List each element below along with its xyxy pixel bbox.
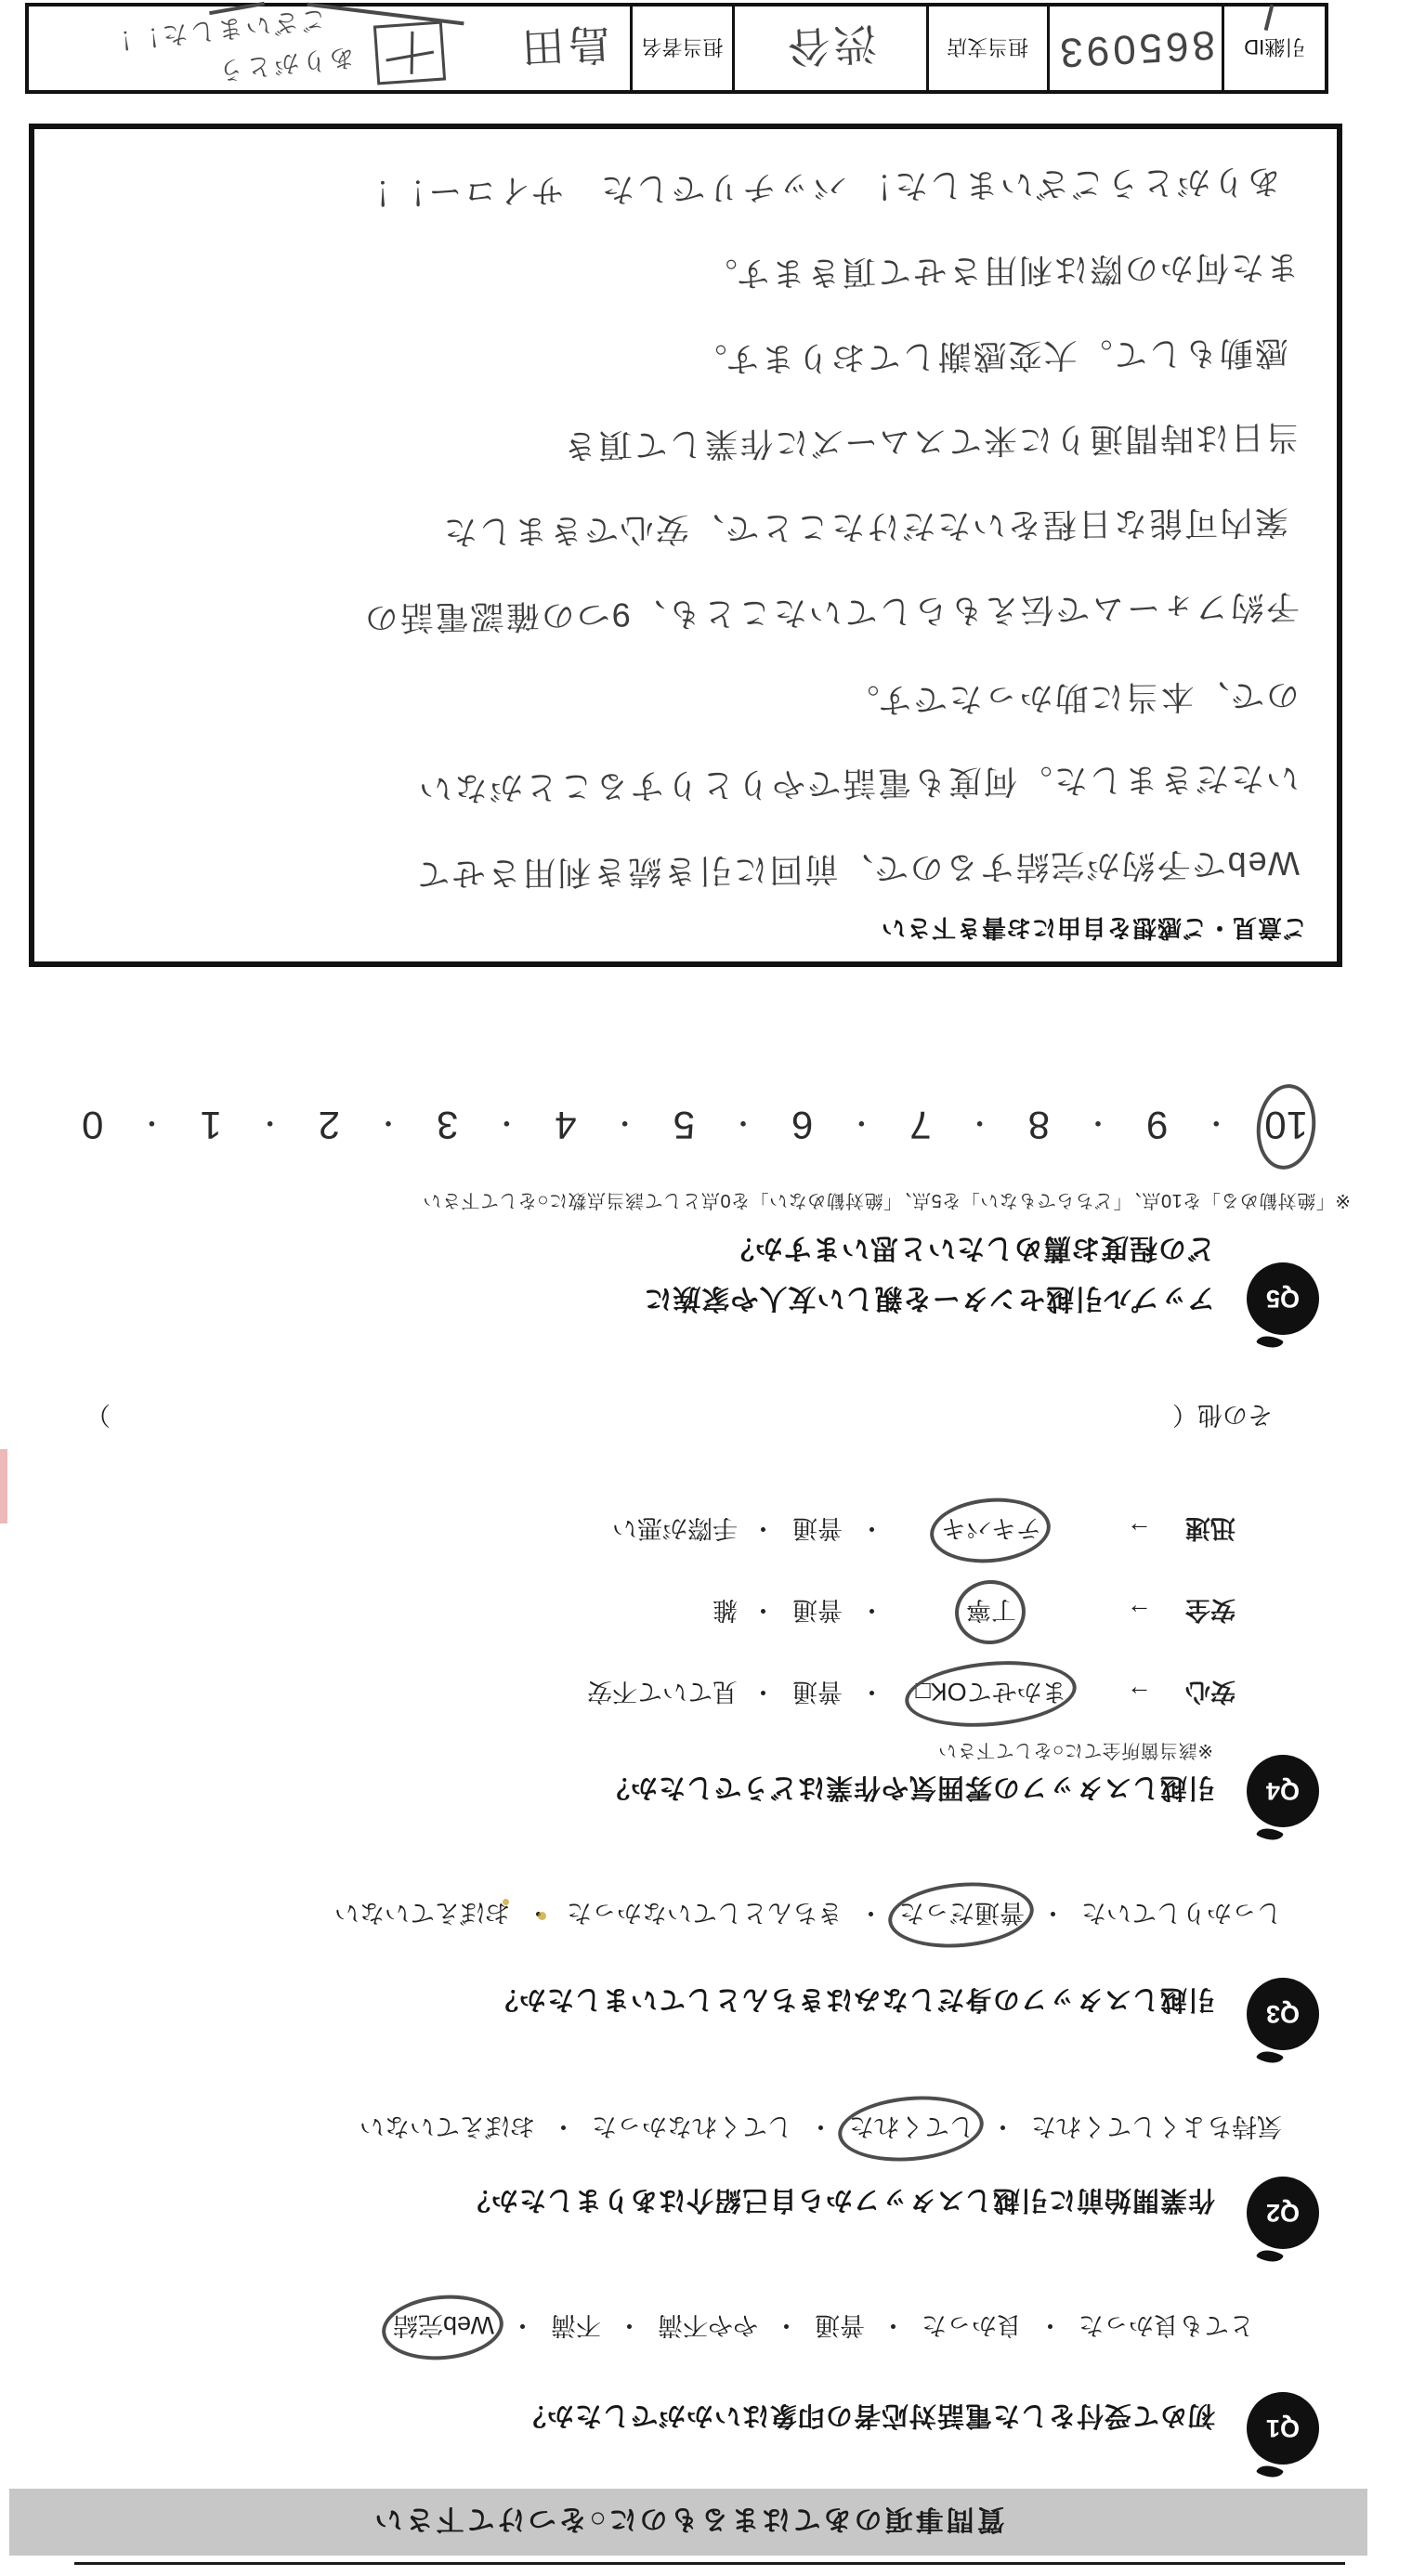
scanned-questionnaire-page: 質問事項のあてはまるものに○をつけて下さい Q1 初めて受付をした電話対応者の印… (0, 0, 1412, 2576)
option-separator: ・ (1038, 2309, 1063, 2346)
q3-badge-label: Q3 (1266, 2000, 1300, 2029)
staff-name-handwritten: 島田 (516, 15, 612, 81)
q4-row-jinsoku: 迅速 → テキパキ ・ 普通 ・ 手際が悪い (459, 1512, 1235, 1549)
q2-options: 気持ちよくしてくれた・ してくれた・ してくれなかった・ おぼえていない (360, 2111, 1282, 2147)
nps-value: 7 (909, 1103, 931, 1147)
nps-selected-10-circle: 10 (1264, 1103, 1308, 1147)
staff-name-label-cell: 担当者名 (633, 7, 736, 90)
nps-value: 0 (82, 1103, 103, 1147)
q3-options: しっかりしていた・ 普通だった・ きちんとしていなかった・ おぼえていない (334, 1897, 1282, 1933)
scale-separator: ・ (1084, 1105, 1112, 1145)
nps-value: 3 (437, 1103, 458, 1147)
q4-row-label: 安全 (1152, 1594, 1235, 1630)
q3-option: きちんとしていなかった (567, 1897, 843, 1933)
q4-row3-selected-circle: テキパキ (941, 1512, 1041, 1549)
scale-separator: ・ (1202, 1105, 1230, 1145)
scan-speck (538, 1912, 546, 1920)
q2-selected-option-circle: してくれた (849, 2111, 974, 2147)
q3-selected-option-circle: 普通だった (899, 1897, 1025, 1933)
q4-title: 引越しスタッフの雰囲気や作業はどうでしたか？ (602, 1771, 1215, 1809)
q1-option: やや不満 (658, 2309, 758, 2346)
q2-apple-badge: Q2 (1247, 2177, 1319, 2249)
handover-id-label-cell: 引継ID (1224, 7, 1325, 90)
option-separator: ・ (808, 2111, 833, 2147)
q5-title-line2: どの程度お薦めしたいと思いますか？ (726, 1231, 1215, 1272)
q1-option: 普通 (815, 2309, 865, 2346)
q4-other-open: その他（ (1172, 1399, 1273, 1435)
nps-value: 8 (1028, 1103, 1050, 1147)
arrow-icon: → (1098, 1680, 1152, 1708)
q5-apple-badge: Q5 (1247, 1262, 1319, 1335)
q4-other-row: その他（ ） (85, 1399, 1273, 1435)
q4-row1-option: 普通 (776, 1676, 859, 1712)
q4-row1-selected-circle: まかせてOK□ (915, 1676, 1066, 1712)
option-separator: ・ (751, 1512, 776, 1549)
scale-separator: ・ (374, 1105, 402, 1145)
q2-option: 気持ちよくしてくれた (1031, 2111, 1282, 2147)
option-separator: ・ (1040, 1897, 1066, 1933)
handover-id-handwritten: 865093 (1055, 21, 1216, 76)
option-separator: ・ (881, 2309, 906, 2346)
nps-value: 4 (555, 1103, 576, 1147)
scale-separator: ・ (729, 1105, 757, 1145)
option-separator: ・ (859, 1594, 884, 1630)
handwritten-comment-line: 予約フォームで伝えもらしていたことも、9つの確認電話の (362, 585, 1300, 644)
q4-row2-option: 普通 (776, 1594, 859, 1630)
branch-label: 担当支店 (947, 34, 1028, 63)
option-separator: ・ (510, 2309, 535, 2346)
option-separator: ・ (751, 1594, 776, 1630)
option-separator: ・ (859, 1676, 884, 1712)
arrow-icon: → (1098, 1598, 1152, 1627)
q4-row2-option: 雑 (459, 1594, 751, 1630)
q3-option: おぼえていない (334, 1897, 510, 1933)
handover-id-value-cell: 865093 (1050, 7, 1225, 90)
scale-separator: ・ (611, 1105, 639, 1145)
handwritten-comment-line: ありがとうございました！ バッチリでした サイコー！！ (356, 160, 1282, 218)
nps-value: 6 (791, 1103, 813, 1147)
q4-other-close: ） (85, 1399, 111, 1435)
q1-option: とても良かった (1079, 2309, 1254, 2346)
q1-option: 不満 (551, 2309, 601, 2346)
instruction-bar-text: 質問事項のあてはまるものに○をつけて下さい (372, 2502, 1004, 2543)
option-separator: ・ (774, 2309, 799, 2346)
staff-name-label: 担当者名 (641, 34, 723, 63)
handwritten-comment-line: 案内可能な日程をいただけたことで、安心できました (441, 500, 1288, 557)
q4-row3-option: 手際が悪い (459, 1512, 751, 1549)
q1-selected-option-circle: Web完結 (393, 2309, 494, 2346)
q3-option: しっかりしていた (1081, 1897, 1282, 1933)
q4-row1-option: 見ていて不安 (459, 1676, 751, 1712)
scan-edge-line (74, 2562, 1345, 2565)
nps-value: 2 (319, 1103, 340, 1147)
handwritten-comment-line: また何かの際は利用させて頂きます。 (702, 245, 1301, 300)
nps-value: 1 (200, 1103, 221, 1147)
q5-title-line1: アップル引越センターを親しい友人や家族に (644, 1281, 1216, 1322)
option-separator: ・ (990, 2111, 1015, 2147)
nps-value: 5 (673, 1103, 695, 1147)
comment-prompt: ご意見・ご感想を自由にお書き下さい (881, 912, 1307, 947)
q1-options: とても良かった・ 良かった・ 普通・ やや不満・ 不満・ Web完結 (393, 2309, 1254, 2346)
branch-value-cell: 渋谷 (735, 7, 928, 90)
handover-id-label: 引継ID (1244, 34, 1305, 63)
comment-box: ご意見・ご感想を自由にお書き下さい Webで予約が完結するので、前回に引き続き利… (29, 124, 1342, 967)
q2-option: おぼえていない (360, 2111, 535, 2147)
nps-value: 9 (1146, 1103, 1168, 1147)
arrow-icon: → (1098, 1516, 1152, 1545)
hanko-seal (373, 20, 446, 85)
scale-separator: ・ (847, 1105, 875, 1145)
scale-separator: ・ (137, 1105, 165, 1145)
nps-scale: 10・ 9・ 8・ 7・ 6・ 5・ 4・ 3・ 2・ 1・ 0 (82, 1103, 1308, 1147)
q1-badge-label: Q1 (1266, 2414, 1300, 2443)
option-separator: ・ (617, 2309, 642, 2346)
scale-separator: ・ (966, 1105, 994, 1145)
q5-badge-label: Q5 (1266, 1285, 1300, 1314)
q4-row3-option: 普通 (776, 1512, 859, 1549)
handwritten-comment-line: 当日は時間通りに来てスムーズに作業して頂き (561, 415, 1300, 472)
branch-label-cell: 担当支店 (929, 7, 1050, 90)
q1-option: 良かった (922, 2309, 1022, 2346)
q4-row-label: 安心 (1152, 1676, 1235, 1712)
q2-title: 作業開始前に引越しスタッフから自己紹介はありましたか？ (463, 2183, 1215, 2221)
q5-note: ※「絶対勧める」を10点、「どちらでもない」を5点、「絶対勧めない」を0点として… (423, 1189, 1351, 1216)
branch-handwritten: 渋谷 (782, 15, 878, 81)
scan-speck (503, 1899, 509, 1905)
q4-badge-label: Q4 (1266, 1777, 1300, 1806)
q4-row-anzen: 安全 → 丁寧 ・ 普通 ・ 雑 (459, 1594, 1235, 1630)
scale-separator: ・ (492, 1105, 520, 1145)
q4-row-anshin: 安心 → まかせてOK□ ・ 普通 ・ 見ていて不安 (459, 1676, 1235, 1712)
q1-title: 初めて受付をした電話対応者の印象はいかがでしたか？ (518, 2399, 1215, 2437)
handwritten-comment-line: ので、本当に助かったです。 (843, 673, 1300, 726)
option-separator: ・ (551, 2111, 576, 2147)
option-separator: ・ (751, 1676, 776, 1712)
handwritten-comment-line: いただきました。何度も電話でやりとりすることがない (417, 756, 1301, 815)
q4-row2-selected-circle: 丁寧 (966, 1594, 1016, 1630)
q2-option: してくれなかった (592, 2111, 792, 2147)
q1-apple-badge: Q1 (1247, 2392, 1319, 2465)
q4-apple-badge: Q4 (1247, 1755, 1319, 1827)
scale-separator: ・ (256, 1105, 284, 1145)
q4-row-label: 迅速 (1152, 1512, 1235, 1549)
scan-edge-mark (0, 1449, 7, 1523)
q4-note: ※該当箇所全てに○をして下さい (938, 1739, 1213, 1766)
handwritten-comment-line: Webで予約が完結するので、前回に引き続き利用させて (414, 842, 1300, 900)
q2-badge-label: Q2 (1266, 2199, 1300, 2228)
option-separator: ・ (859, 1512, 884, 1549)
instruction-bar: 質問事項のあてはまるものに○をつけて下さい (9, 2489, 1367, 2556)
handwritten-comment-line: 感動もして。大変感謝しております。 (691, 331, 1288, 386)
upside-down-scan-content: 質問事項のあてはまるものに○をつけて下さい Q1 初めて受付をした電話対応者の印… (0, 0, 1412, 2576)
q3-title: 引越しスタッフの身だしなみはきちんとしていましたか？ (490, 1982, 1215, 2020)
q3-apple-badge: Q3 (1247, 1978, 1319, 2050)
option-separator: ・ (858, 1897, 883, 1933)
